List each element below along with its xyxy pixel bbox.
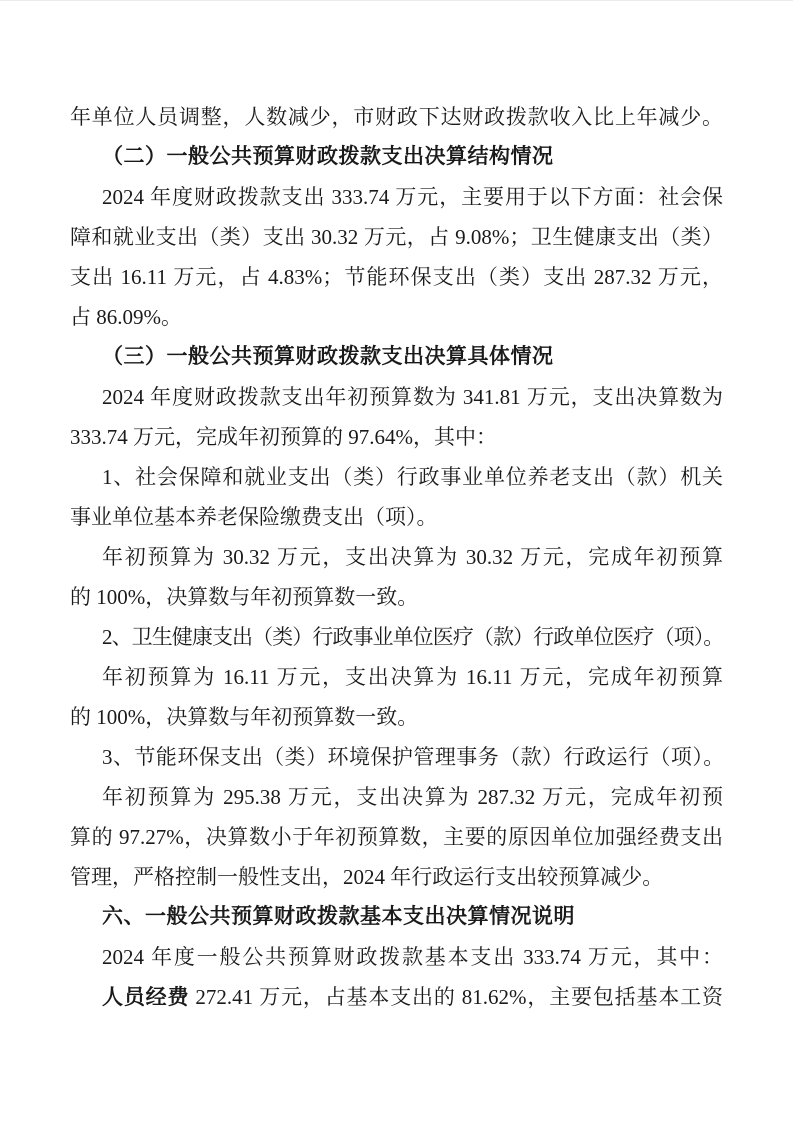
document-page: 年单位人员调整，人数减少，市财政下达财政拨款收入比上年减少。 （二）一般公共预算… — [0, 0, 793, 1121]
paragraph-line-item-1: 1、社会保障和就业支出（类）行政事业单位养老支出（款）机关 — [70, 457, 723, 497]
paragraph-line: 2024 年度财政拨款支出年初预算数为 341.81 万元，支出决算数为 — [70, 377, 723, 417]
heading-section-3: （三）一般公共预算财政拨款支出决算具体情况 — [70, 337, 723, 377]
paragraph-line: 算的 97.27%，决算数小于年初预算数，主要的原因单位加强经费支出 — [70, 817, 723, 857]
paragraph-line: 2024 年度财政拨款支出 333.74 万元，主要用于以下方面：社会保 — [70, 177, 723, 217]
paragraph-line-personnel-expense: 人员经费 272.41 万元，占基本支出的 81.62%，主要包括基本工资 — [70, 977, 723, 1017]
document-body: 年单位人员调整，人数减少，市财政下达财政拨款收入比上年减少。 （二）一般公共预算… — [70, 97, 723, 1017]
paragraph-line: 占 86.09%。 — [70, 297, 723, 337]
paragraph-line: 年初预算为 30.32 万元，支出决算为 30.32 万元，完成年初预算 — [70, 537, 723, 577]
paragraph-line-item-2: 2、卫生健康支出（类）行政事业单位医疗（款）行政单位医疗（项）。 — [70, 617, 723, 657]
paragraph-line: 2024 年度一般公共预算财政拨款基本支出 333.74 万元，其中： — [70, 937, 723, 977]
paragraph-line: 年单位人员调整，人数减少，市财政下达财政拨款收入比上年减少。 — [70, 97, 723, 137]
paragraph-line: 333.74 万元，完成年初预算的 97.64%，其中： — [70, 417, 723, 457]
heading-section-2: （二）一般公共预算财政拨款支出决算结构情况 — [70, 137, 723, 177]
paragraph-line: 年初预算为 295.38 万元，支出决算为 287.32 万元，完成年初预 — [70, 777, 723, 817]
heading-section-6: 六、一般公共预算财政拨款基本支出决算情况说明 — [70, 897, 723, 937]
personnel-expense-label: 人员经费 — [102, 985, 189, 1009]
paragraph-line: 障和就业支出（类）支出 30.32 万元，占 9.08%；卫生健康支出（类） — [70, 217, 723, 257]
paragraph-line: 事业单位基本养老保险缴费支出（项）。 — [70, 497, 723, 537]
paragraph-line-item-3: 3、节能环保支出（类）环境保护管理事务（款）行政运行（项）。 — [70, 737, 723, 777]
paragraph-line: 管理，严格控制一般性支出，2024 年行政运行支出较预算减少。 — [70, 857, 723, 897]
paragraph-line: 的 100%，决算数与年初预算数一致。 — [70, 697, 723, 737]
paragraph-line: 年初预算为 16.11 万元，支出决算为 16.11 万元，完成年初预算 — [70, 657, 723, 697]
paragraph-line: 的 100%，决算数与年初预算数一致。 — [70, 577, 723, 617]
personnel-expense-text: 272.41 万元，占基本支出的 81.62%，主要包括基本工资 — [189, 985, 723, 1009]
paragraph-line: 支出 16.11 万元，占 4.83%；节能环保支出（类）支出 287.32 万… — [70, 257, 723, 297]
